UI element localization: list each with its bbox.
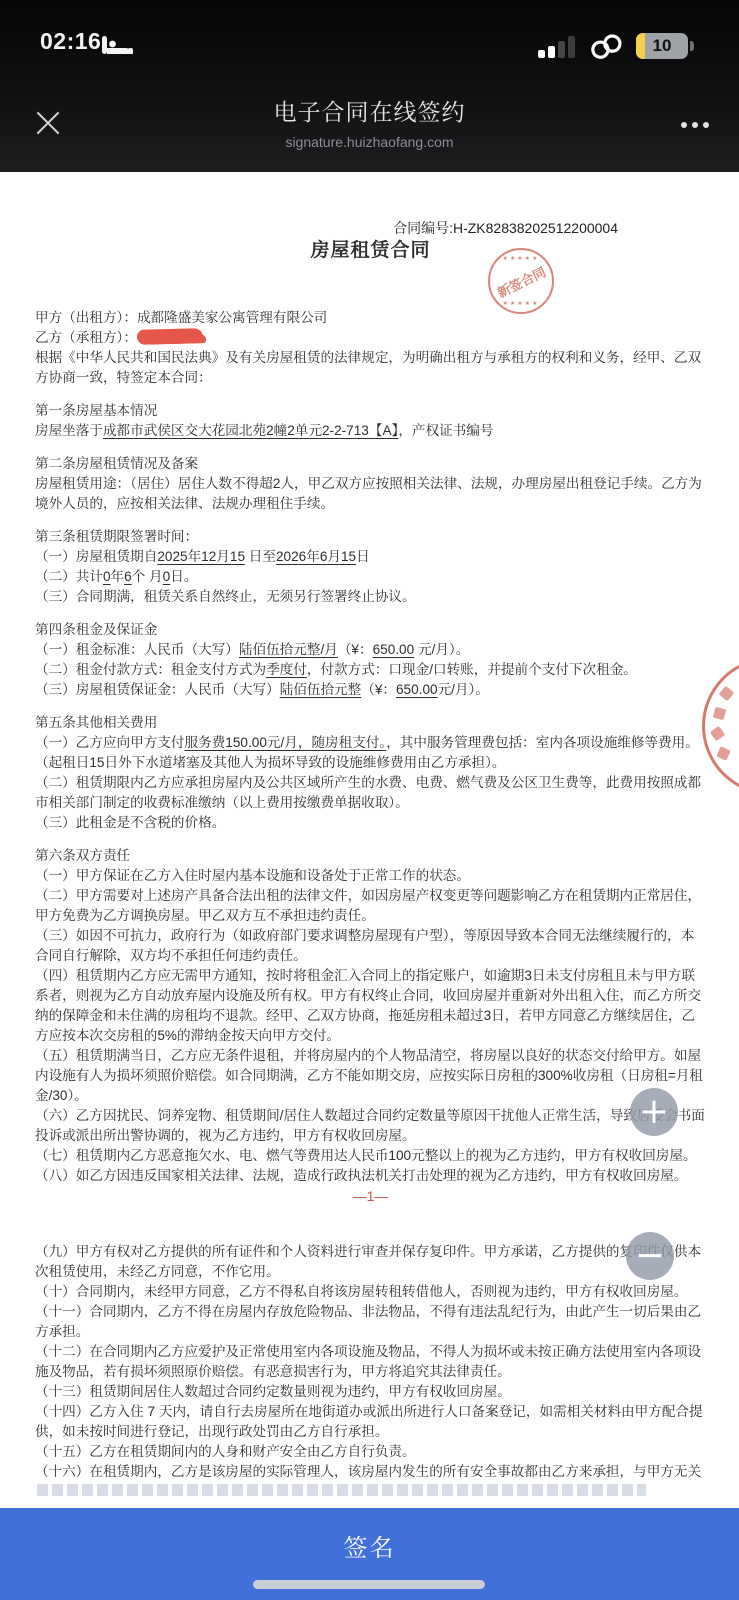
section-heading: 第六条双方责任 <box>35 846 706 866</box>
contract-paragraph: （二）甲方需要对上述房产具备合法出租的法律文件，如因房屋产权变更等问题影响乙方在… <box>35 886 706 926</box>
new-contract-stamp: ★★★★★ 新签合同 ★★★★★ <box>488 248 554 314</box>
contract-paragraph: （七）租赁期内乙方恶意拖欠水、电、燃气等费用达人民币100元整以上的视为乙方违约… <box>35 1146 706 1166</box>
contract-paragraph: （一）乙方应向甲方支付服务费150.00元/月，随房租支付。，其中服务管理费包括… <box>35 733 706 773</box>
contract-paragraph: （十五）乙方在租赁期间内的人身和财产安全由乙方自行负责。 <box>35 1442 706 1462</box>
contract-paragraph: （九）甲方有权对乙方提供的所有证件和个人资料进行审查并保存复印件。甲方承诺，乙方… <box>35 1242 706 1282</box>
page-url: signature.huizhaofang.com <box>0 134 739 150</box>
battery-level: 10 <box>636 33 688 59</box>
contract-paragraph: （十三）租赁期间居住人数超过合同约定数量则视为违约，甲方有权收回房屋。 <box>35 1382 706 1402</box>
contract-paragraph: （三）如因不可抗力，政府行为（如政府部门要求调整房屋现有户型），等原因导致本合同… <box>35 926 706 966</box>
stamp-stars-bottom: ★★★★★ <box>490 300 552 307</box>
contract-paragraph: （二）共计0年6个 月0日。 <box>35 567 706 587</box>
contract-paragraph: （一）甲方保证在乙方入住时屋内基本设施和设备处于正常工作的状态。 <box>35 866 706 886</box>
redaction-scribble <box>137 328 203 345</box>
contract-paragraph: （二）租金付款方式：租金支付方式为季度付，付款方式：口现金/口转账，并提前个支付… <box>35 660 706 680</box>
status-time: 02:16 <box>40 28 101 55</box>
battery-icon: 10 <box>636 33 688 59</box>
contract-number: 合同编号:H-ZK82838202512200004 <box>35 218 706 238</box>
battery-cap <box>690 41 694 51</box>
home-indicator[interactable] <box>253 1580 485 1589</box>
contract-paragraph: （八）如乙方因违反国家相关法律、法规，造成行政执法机关打击处理的视为乙方违约，甲… <box>35 1166 706 1186</box>
contract-paragraph: （四）租赁期内乙方应无需甲方通知，按时将租金汇入合同上的指定账户，如逾期3日未支… <box>35 966 706 1046</box>
section-heading: 第二条房屋租赁情况及备案 <box>35 454 706 474</box>
page-title: 电子合同在线签约 <box>0 94 739 127</box>
contract-paragraph: （十六）在租赁期内，乙方是该房屋的实际管理人，该房屋内发生的所有安全事故都由乙方… <box>35 1462 706 1482</box>
clipped-text-line <box>37 1484 646 1496</box>
contract-paragraph: （一）租金标准：人民币（大写）陆佰伍拾元整/月（¥：650.00 元/月）。 <box>35 640 706 660</box>
contract-paragraph: （三）此租金是不含税的价格。 <box>35 813 706 833</box>
contract-paragraph: （十四）乙方入住 7 天内，请自行去房屋所在地街道办或派出所进行人口备案登记，如… <box>35 1402 706 1442</box>
contract-paragraph: （三）合同期满，租赁关系自然终止，无须另行签署终止协议。 <box>35 587 706 607</box>
party-a-line: 甲方（出租方）：成都隆盛美家公寓管理有限公司 <box>35 308 706 328</box>
sign-button[interactable]: 签名 <box>0 1528 739 1563</box>
contract-paragraph: （十二）在合同期内乙方应爱护及正常使用室内各项设施及物品，不得人为损坏或未按正确… <box>35 1342 706 1382</box>
phone-screen: 02:16 <box>0 0 739 1600</box>
section-heading: 第一条房屋基本情况 <box>35 401 706 421</box>
contract-paragraph: 房屋坐落于成都市武侯区交大花园北苑2幢2单元2-2-713【A】，产权证书编号 <box>35 421 706 441</box>
contract-paragraph: （十一）合同期内，乙方不得在房屋内存放危险物品、非法物品，不得有违法乱纪行为，由… <box>35 1302 706 1342</box>
signal-strength-icon <box>538 36 578 63</box>
page-number-marker: —1— <box>35 1186 706 1206</box>
sign-bar[interactable]: 签名 <box>0 1508 739 1600</box>
section-heading: 第三条租赁期限签署时间： <box>35 527 706 547</box>
contract-paragraph: （十）合同期内，未经甲方同意，乙方不得私自将该房屋转租转借他人，否则视为违约，甲… <box>35 1282 706 1302</box>
section-heading: 第四条租金及保证金 <box>35 620 706 640</box>
contract-paragraph: （二）租赁期限内乙方应承担房屋内及公共区域所产生的水费、电费、燃气费及公区卫生费… <box>35 773 706 813</box>
top-bar: 02:16 <box>0 0 739 172</box>
more-menu-icon[interactable] <box>681 122 709 128</box>
contract-title: 房屋租赁合同 <box>35 238 706 264</box>
contract-paragraph: （六）乙方因扰民、饲养宠物、租赁期间/居住人数超过合同约定数量等原因干扰他人正常… <box>35 1106 706 1146</box>
contract-document[interactable]: 合同编号:H-ZK82838202512200004 房屋租赁合同 甲方（出租方… <box>0 172 739 1600</box>
party-b-line: 乙方（承租方）： <box>35 328 706 348</box>
preamble: 根据《中华人民共和国民法典》及有关房屋租赁的法律规定，为明确出租方与承租方的权利… <box>35 348 706 388</box>
zoom-out-button[interactable]: − <box>626 1232 674 1280</box>
zoom-in-button[interactable]: + <box>630 1088 678 1136</box>
section-heading: 第五条其他相关费用 <box>35 713 706 733</box>
hotspot-link-icon <box>586 32 628 67</box>
contract-paragraph: 房屋租赁用途：（居住）居住人数不得超2人，甲乙双方应按照相关法律、法规，办理房屋… <box>35 474 706 514</box>
contract-paragraph: （三）房屋租赁保证金：人民币（大写）陆佰伍拾元整（¥：650.00元/月）。 <box>35 680 706 700</box>
bedtime-mode-icon <box>102 34 134 61</box>
party-b-label: 乙方（承租方）： <box>35 330 137 345</box>
contract-paragraph: （一）房屋租赁期自2025年12月15 日至2026年6月15日 <box>35 547 706 567</box>
contract-paragraph: （五）租赁期满当日，乙方应无条件退租，并将房屋内的个人物品清空，将房屋以良好的状… <box>35 1046 706 1106</box>
